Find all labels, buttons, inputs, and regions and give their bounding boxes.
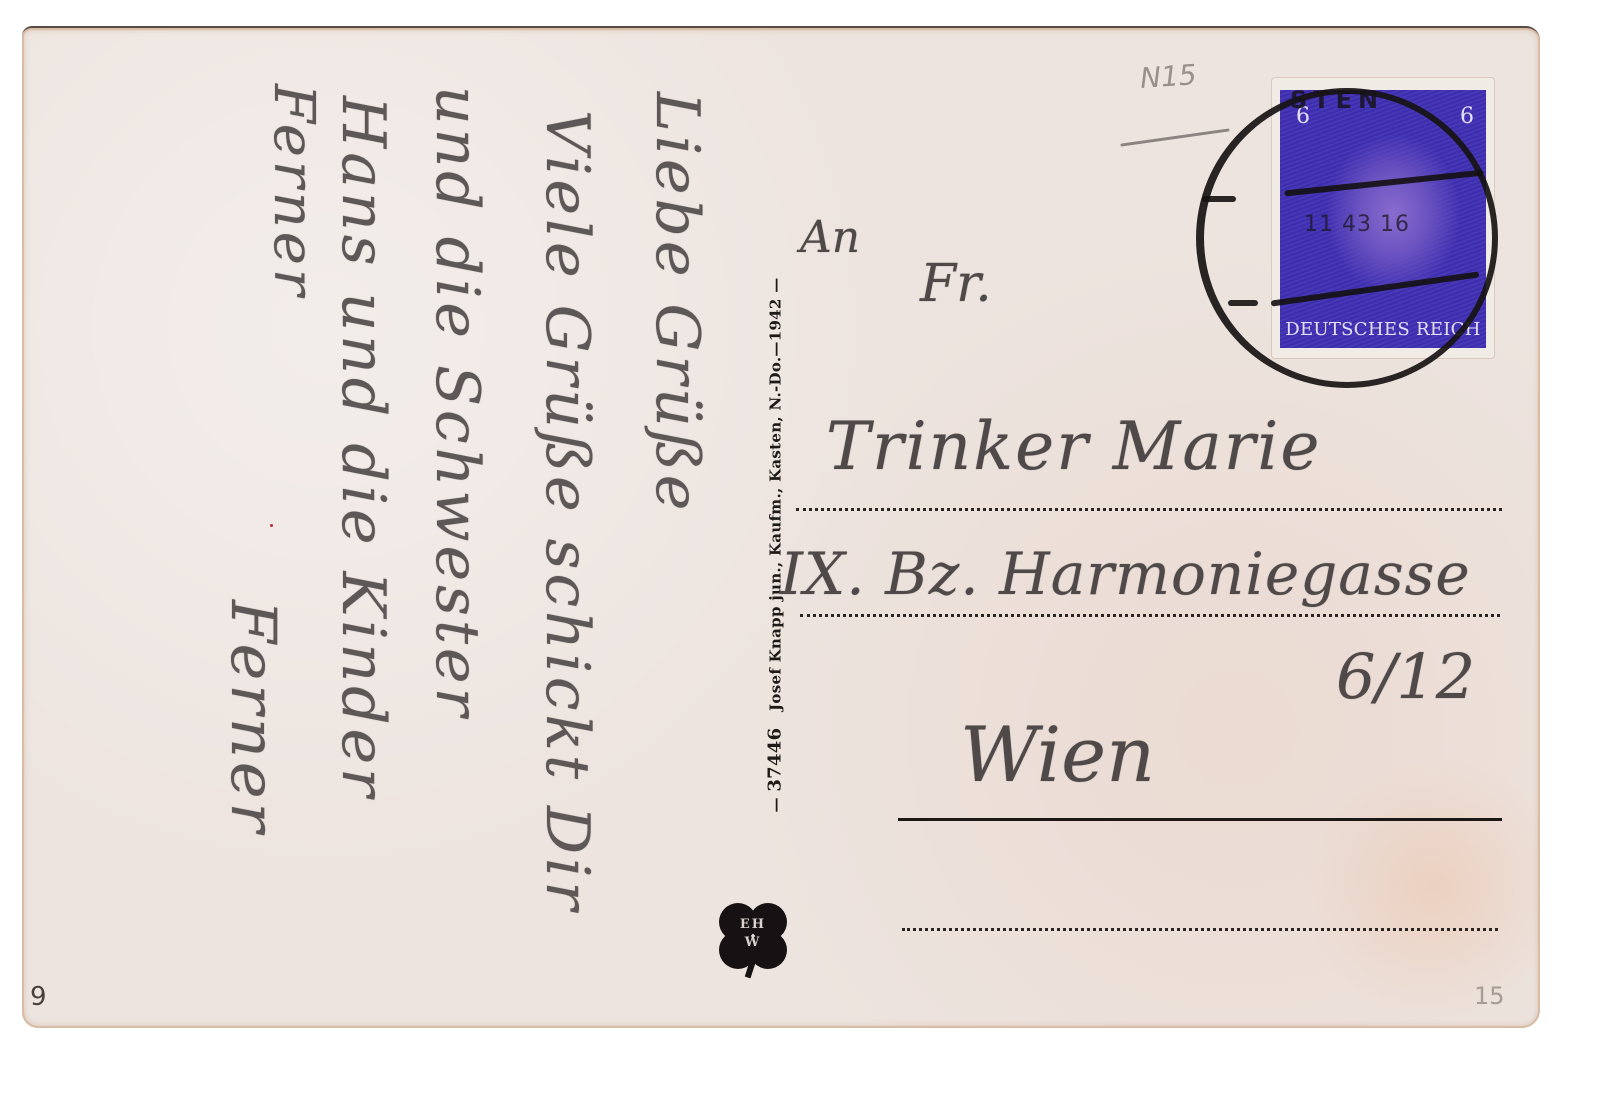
postmark-date: 11 43 16 [1304, 212, 1410, 237]
recipient-street: IX. Bz. Harmoniegasse [780, 540, 1471, 608]
address-salutation: Fr. [920, 254, 992, 314]
address-line-3 [898, 818, 1502, 821]
imprint-number: 37446 [765, 728, 786, 792]
signature: Ferner [217, 600, 290, 836]
address-line-2 [800, 614, 1500, 617]
cancel-bar [1228, 300, 1258, 306]
message-column-2: Viele Grüße schickt Dir [532, 110, 602, 914]
recipient-city: Wien [960, 710, 1155, 799]
corner-mark-bottom-right: 15 [1474, 982, 1505, 1010]
message-column-4: Hans und die Kinder [328, 96, 398, 801]
corner-mark-bottom-left: 9 [30, 982, 47, 1012]
postmark-ring [1196, 88, 1498, 388]
imprint-dash-left: — [767, 797, 785, 812]
message-column-5: Ferner [261, 84, 326, 300]
logo-letters-bottom: W [712, 934, 794, 952]
address-line-1 [796, 508, 1502, 511]
pencil-note: N15 [1139, 58, 1198, 95]
recipient-house-number: 6/12 [1336, 640, 1475, 713]
stamp-value-right: 6 [1460, 104, 1474, 129]
address-line-4 [902, 928, 1498, 931]
recipient-name: Trinker Marie [826, 408, 1321, 485]
imprint-text: Josef Knapp jun., Kaufm., Kasten, N.-Do.… [767, 298, 785, 711]
imprint-dash-right: — [767, 277, 785, 292]
postmark-town: STEN [1290, 86, 1384, 114]
message-column-3: und die Schwester [422, 86, 492, 720]
cancel-bar [1202, 196, 1236, 202]
address-prefix: An [800, 212, 860, 263]
red-speck [270, 524, 273, 527]
four-leaf-clover-icon: EH W [712, 898, 794, 980]
message-column-1: Liebe Grüße [642, 92, 712, 514]
logo-letters-top: EH [712, 916, 794, 934]
